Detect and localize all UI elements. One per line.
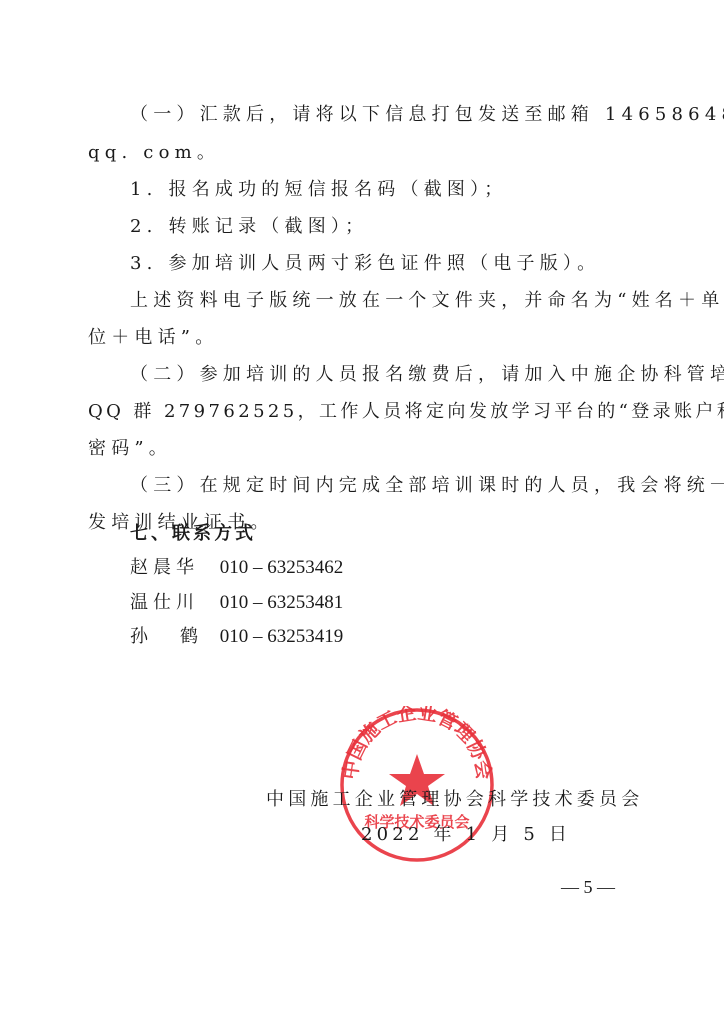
paragraph-3-line-1: （二）参加培训的人员报名缴费后，请加入中施企协科管培训 [130,363,724,387]
contact-phone: 010 – 63253419 [220,626,344,647]
contact-name: 温仕川 [130,591,214,615]
section-heading-contact: 七、联系方式 [130,522,256,546]
contact-name: 孙鹤 [130,625,214,649]
list-item-1: 1. 报名成功的短信报名码（截图）； [130,178,508,202]
contact-name: 赵晨华 [130,556,214,580]
signature-date: 2022 年 1 月 5 日 [361,820,571,846]
paragraph-1-line-1: （一）汇款后，请将以下信息打包发送至邮箱 1465864806@ [130,103,724,127]
paragraph-3-line-3: 密码”。 [88,437,172,461]
list-item-2: 2. 转账记录（截图）； [130,215,368,239]
paragraph-2-line-1: 上述资料电子版统一放在一个文件夹，并命名为“姓名＋单 [130,289,724,313]
contact-phone: 010 – 63253462 [220,557,344,578]
paragraph-4-line-1: （三）在规定时间内完成全部培训课时的人员，我会将统一颁 [130,474,724,498]
contact-row: 温仕川 010 – 63253481 [130,591,343,615]
contact-phone: 010 – 63253481 [220,592,344,613]
contact-row: 孙鹤 010 – 63253419 [130,625,343,649]
page-number: — 5 — [561,877,615,898]
paragraph-3-line-2: QQ 群 279762525，工作人员将定向发放学习平台的“登录账户和 [88,400,724,424]
signature-organization: 中国施工企业管理协会科学技术委员会 [266,785,643,811]
list-item-3: 3. 参加培训人员两寸彩色证件照（电子版）。 [130,252,600,276]
paragraph-1-line-2: qq. com。 [88,141,220,165]
paragraph-2-line-2: 位＋电话”。 [88,326,218,350]
contact-row: 赵晨华 010 – 63253462 [130,556,343,580]
